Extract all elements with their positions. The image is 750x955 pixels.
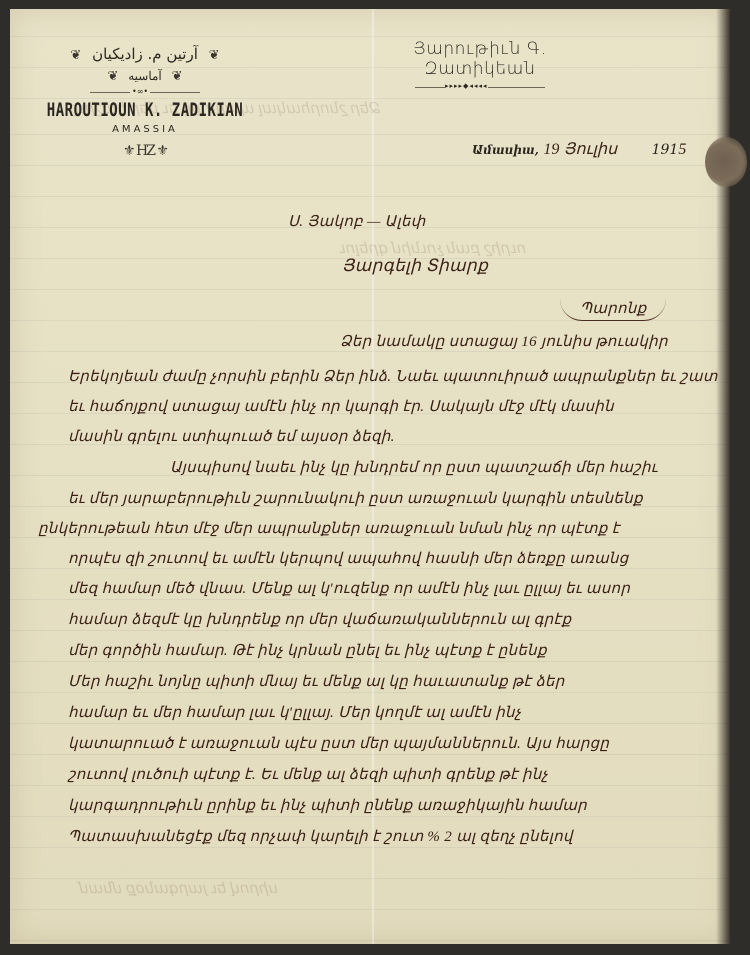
body-line: Երեկոյեան ժամը չորսին բերին Ձեր ինձ. Նաե…	[68, 367, 718, 386]
fleuron-icon: ❦	[70, 48, 81, 63]
body-line: Մեր հաշիւ նոյնը պիտի մնայ եւ մենք ալ կը …	[68, 672, 565, 691]
fleuron-icon: ❦	[172, 69, 183, 84]
reference-word: Պարոնք	[560, 299, 666, 321]
decorative-rule: •∞•	[90, 92, 200, 93]
dateline-year-printed: 191	[652, 142, 679, 158]
body-line: համար եւ մեր համար լաւ կ'ըլլայ. Մեր կողմ…	[68, 703, 521, 722]
monogram-icon: ⚜ HZ ⚜	[30, 143, 260, 159]
fleuron-icon: ❦	[209, 48, 220, 63]
body-line: որպէս զի շուտով եւ ամէն կերպով ապահով հա…	[68, 549, 629, 568]
dateline-month: Յուլիս	[564, 141, 617, 158]
body-line: կատարուած է առաջուան պէս ըստ մեր պայմանն…	[68, 734, 609, 753]
letterhead-ottoman-name: ❦ آرتین م. زادیکیان ❦	[30, 45, 260, 63]
body-line: մեզ համար մեծ վնաս. Մենք ալ կ'ուզենք որ …	[68, 579, 630, 598]
decorative-rule: ▸▸▸▸◆◂◂◂◂	[415, 87, 545, 88]
letterhead-left: ❦ آرتین م. زادیکیان ❦ ❦ آماسیه ❦ •∞• HAR…	[30, 21, 260, 159]
dateline-day: 19	[543, 141, 559, 158]
body-line: մեր գործին համար. Թէ ինչ կրնան ընել եւ ի…	[68, 641, 547, 660]
fleuron-icon: ❦	[108, 69, 119, 84]
letterhead-latin-name: HAROUTIOUN K. ZADIKIAN	[30, 101, 260, 122]
body-line: եւ մեր յարաբերութիւն շարունակուի ըստ առա…	[68, 489, 643, 508]
dateline-place: Ամասիա,	[472, 143, 539, 157]
body-line: շուտով լուծուի պէտք է. Եւ մենք ալ ձեզի պ…	[68, 765, 548, 784]
body-line: եւ հաճոյքով ստացայ ամէն ինչ որ կարգի էր.…	[68, 397, 614, 416]
body-line: ընկերութեան հետ մէջ մեր ապրանքներ առաջու…	[38, 519, 620, 538]
body-line: կարգադրութիւն ըրինք եւ ինչ պիտի ընենք առ…	[68, 796, 587, 815]
letterhead-right: Յարութիւն Գ. Զատիկեան ▸▸▸▸◆◂◂◂◂	[380, 39, 580, 88]
letterhead-ottoman-city: ❦ آماسیه ❦	[30, 69, 260, 84]
recipient-line: Ս. Յակոբ — Ալեփ	[288, 212, 426, 231]
body-line: համար ձեզմէ կը խնդրենք որ մեր վաճառականն…	[68, 610, 571, 629]
bleed-through-text: սիրով եւ յարգանօք մնամ	[80, 879, 279, 898]
dateline-year-handwritten: 5	[678, 141, 686, 158]
letterhead-armenian-name: Յարութիւն Գ. Զատիկեան	[380, 39, 580, 79]
letterhead-latin-city: AMASSIA	[30, 124, 260, 135]
body-line: Պատասխանեցէք մեզ որչափ կարելի է շուտ % 2…	[68, 827, 573, 846]
salutation: Յարգելի Տիարք	[342, 256, 488, 276]
body-line: Ձեր նամակը ստացայ 16 յունիս թուակիր	[340, 332, 668, 351]
dateline: Ամասիա, 19 Յուլիս 1915	[472, 139, 686, 159]
body-line: մասին գրելու ստիպուած եմ այսօր ձեզի.	[68, 427, 395, 446]
body-line: Այսպիսով նաեւ ինչ կը խնդրեմ որ ըստ պատշա…	[170, 458, 658, 477]
ink-blot	[705, 137, 747, 187]
letter-page: Ձեր շնորհակալ պարտքը եւ մեր հաշիւը ուրիշ…	[10, 9, 730, 944]
